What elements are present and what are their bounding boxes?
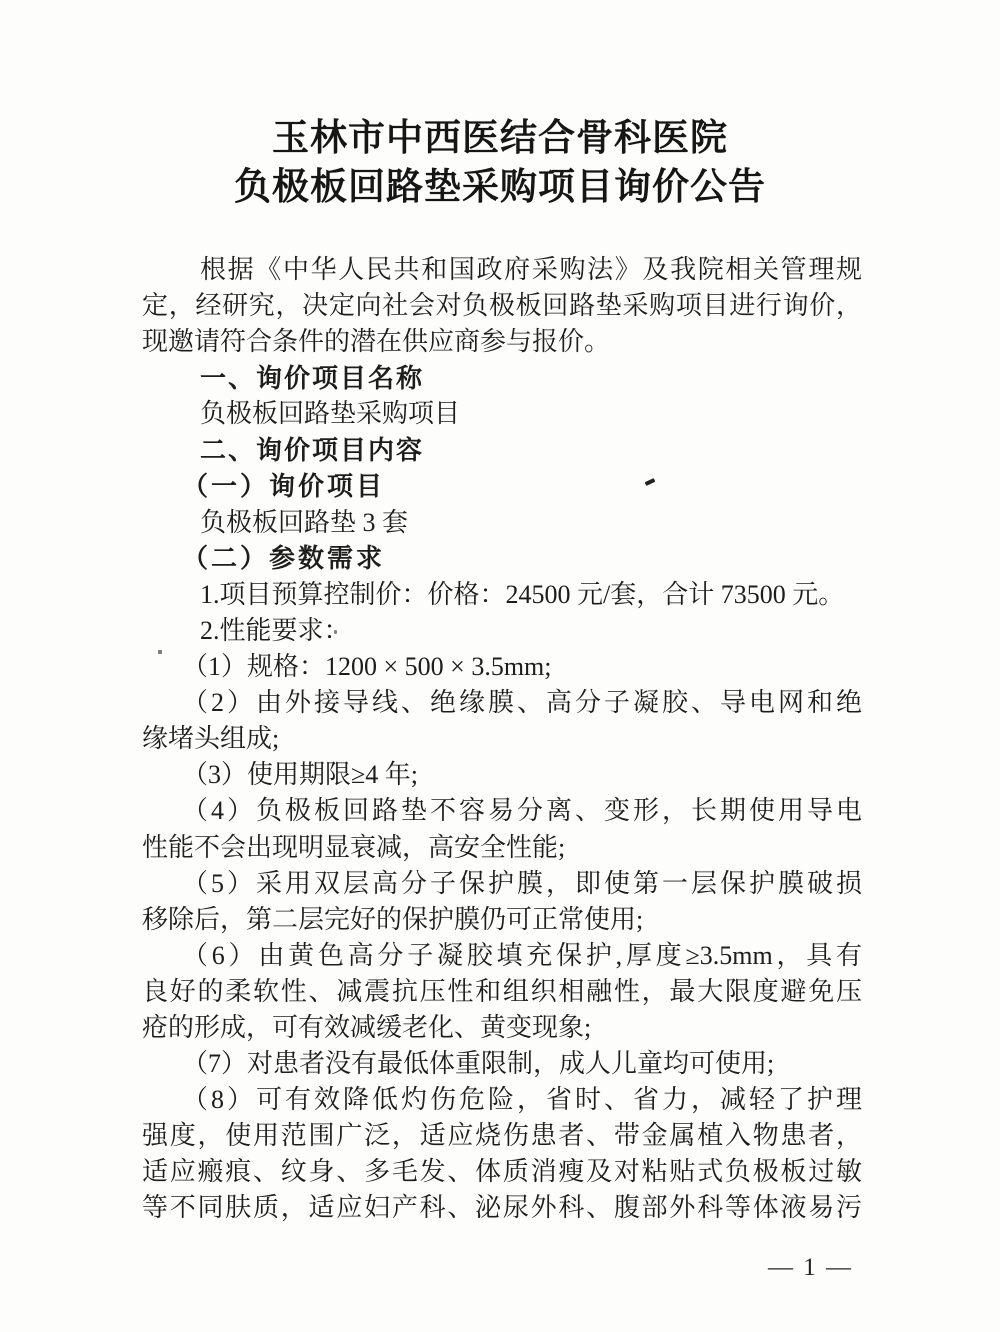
spec-item-5-cont: 移除后，第二层完好的保护膜仍可正常使用; [142, 902, 862, 938]
document-title-line1: 玉林市中西医结合骨科医院 [0, 114, 1000, 163]
document-title: 玉林市中西医结合骨科医院 负极板回路垫采购项目询价公告 [0, 114, 1000, 212]
intro-line: 定，经研究，决定向社会对负极板回路垫采购项目进行询价， [142, 288, 862, 324]
intro-line: 现邀请符合条件的潜在供应商参与报价。 [142, 324, 862, 360]
document-body: 根据《中华人民共和国政府采购法》及我院相关管理规 定，经研究，决定向社会对负极板… [142, 252, 862, 1227]
spec-item-4: （4）负极板回路垫不容易分离、变形，长期使用导电 [142, 793, 862, 829]
scanned-document-page: 玉林市中西医结合骨科医院 负极板回路垫采购项目询价公告 根据《中华人民共和国政府… [0, 0, 1000, 1332]
project-name-line: 负极板回路垫采购项目 [142, 396, 862, 432]
spec-item-6: （6）由黄色高分子凝胶填充保护,厚度≥3.5mm，具有 [142, 938, 862, 974]
spec-item-5: （5）采用双层高分子保护膜，即使第一层保护膜破损 [142, 866, 862, 902]
quantity-line: 负极板回路垫 3 套 [142, 505, 862, 541]
spec-item-2: （2）由外接导线、绝缘膜、高分子凝胶、导电网和绝 [142, 685, 862, 721]
spec-item-8-cont: 等不同肤质，适应妇产科、泌尿外科、腹部外科等体液易污 [142, 1190, 862, 1226]
spec-item-8: （8）可有效降低灼伤危险，省时、省力，减轻了护理 [142, 1082, 862, 1118]
section-1-heading: 一、询价项目名称 [142, 360, 862, 396]
page-number: — 1 — [768, 1254, 853, 1282]
spec-item-6-cont: 疮的形成，可有效减缓老化、黄变现象; [142, 1010, 862, 1046]
spec-item-2-cont: 缘堵头组成; [142, 721, 862, 757]
document-title-line2: 负极板回路垫采购项目询价公告 [0, 163, 1000, 212]
spec-item-7: （7）对患者没有最低体重限制，成人儿童均可使用; [142, 1046, 862, 1082]
spec-item-3: （3）使用期限≥4 年; [142, 757, 862, 793]
spec-item-6-cont: 良好的柔软性、减震抗压性和组织相融性，最大限度避免压 [142, 974, 862, 1010]
spec-item-1: （1）规格：1200 × 500 × 3.5mm; [142, 649, 862, 685]
spec-item-8-cont: 强度，使用范围广泛，适应烧伤患者、带金属植入物患者， [142, 1118, 862, 1154]
intro-line: 根据《中华人民共和国政府采购法》及我院相关管理规 [142, 252, 862, 288]
scan-artifact-dot [158, 650, 162, 654]
budget-line: 1.项目预算控制价：价格：24500 元/套，合计 73500 元。 [142, 577, 862, 613]
spec-item-8-cont: 适应瘢痕、纹身、多毛发、体质消瘦及对粘贴式负极板过敏 [142, 1154, 862, 1190]
spec-item-4-cont: 性能不会出现明显衰减，高安全性能; [142, 830, 862, 866]
scan-artifact-dot [334, 630, 337, 634]
subsection-1-heading: （一）询价项目 [142, 469, 862, 505]
subsection-2-heading: （二）参数需求 [142, 541, 862, 577]
section-2-heading: 二、询价项目内容 [142, 432, 862, 468]
requirements-heading-line: 2.性能要求： [142, 613, 862, 649]
